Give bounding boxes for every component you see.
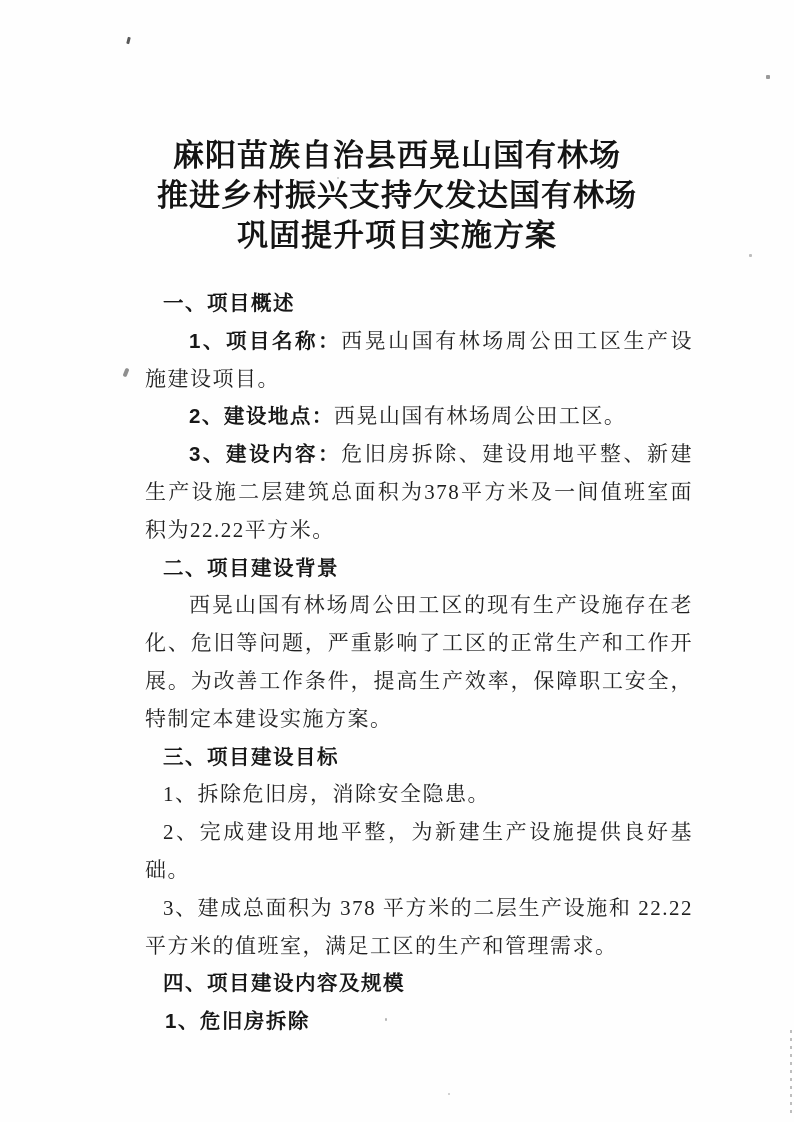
section-3-item-3: 3、建成总面积为 378 平方米的二层生产设施和 22.22 平方米的值班室，满…	[145, 890, 693, 966]
scan-artifact	[749, 254, 752, 257]
scanned-document-page: 麻阳苗族自治县西晃山国有林场 推进乡村振兴支持欠发达国有林场 巩固提升项目实施方…	[0, 0, 794, 1122]
section-1-heading: 一、项目概述	[145, 285, 693, 323]
section-4-heading: 四、项目建设内容及规模	[145, 965, 693, 1003]
document-title: 麻阳苗族自治县西晃山国有林场 推进乡村振兴支持欠发达国有林场 巩固提升项目实施方…	[0, 136, 794, 256]
scan-artifact	[766, 75, 770, 79]
scan-artifact	[448, 1093, 450, 1095]
section-3-item-1: 1、拆除危旧房，消除安全隐患。	[145, 776, 693, 814]
section-4-item-1: 1、危旧房拆除	[145, 1003, 693, 1041]
title-line-3: 巩固提升项目实施方案	[0, 216, 794, 256]
section-3-heading: 三、项目建设目标	[145, 739, 693, 777]
section-1-item-1: 1、项目名称：西晃山国有林场周公田工区生产设施建设项目。	[145, 323, 693, 399]
title-line-2: 推进乡村振兴支持欠发达国有林场	[0, 176, 794, 216]
item-3-label: 3、建设内容：	[189, 443, 341, 466]
section-2-paragraph: 西晃山国有林场周公田工区的现有生产设施存在老化、危旧等问题，严重影响了工区的正常…	[145, 587, 693, 738]
section-1-item-2: 2、建设地点：西晃山国有林场周公田工区。	[145, 398, 693, 436]
document-body: 一、项目概述 1、项目名称：西晃山国有林场周公田工区生产设施建设项目。 2、建设…	[145, 285, 693, 1041]
section-3-item-2: 2、完成建设用地平整，为新建生产设施提供良好基础。	[145, 814, 693, 890]
item-2-label: 2、建设地点：	[189, 405, 334, 428]
item-2-text: 西晃山国有林场周公田工区。	[334, 404, 627, 428]
scan-artifact	[337, 177, 339, 179]
item-1-label: 1、项目名称：	[189, 330, 341, 353]
section-2-heading: 二、项目建设背景	[145, 550, 693, 588]
scan-artifact	[385, 1018, 387, 1021]
scan-edge-noise	[790, 1030, 792, 1115]
section-1-item-3: 3、建设内容：危旧房拆除、建设用地平整、新建生产设施二层建筑总面积为378平方米…	[145, 436, 693, 549]
scan-artifact	[126, 37, 131, 45]
scan-artifact	[122, 368, 129, 378]
title-line-1: 麻阳苗族自治县西晃山国有林场	[0, 136, 794, 176]
